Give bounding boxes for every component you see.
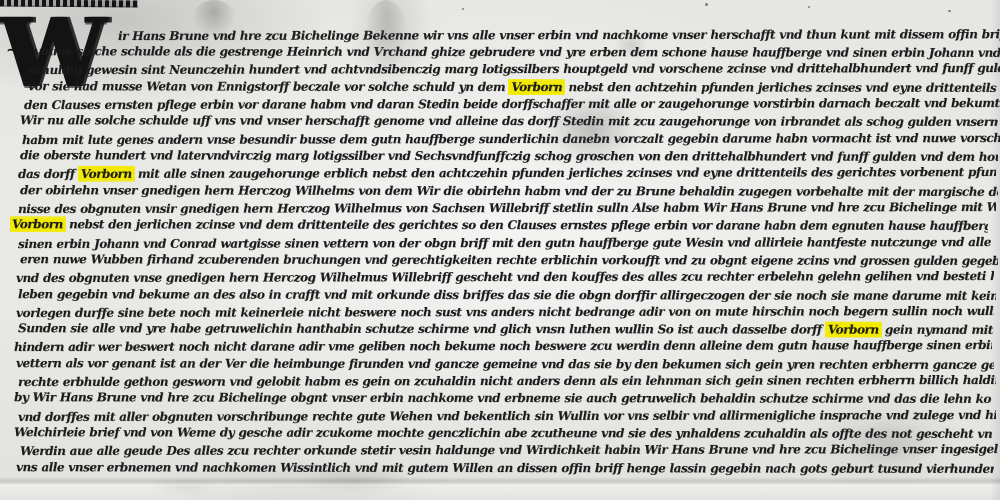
manuscript-line: by Wir Hans Brune vnd hre zcu Bichelinge… (14, 389, 992, 407)
manuscript-text-segment: by Wir Hans Brune vnd hre zcu Bichelinge… (14, 390, 992, 406)
manuscript-text-segment: vnd dorffes mit aller obgnuten vorschrib… (18, 408, 996, 424)
highlighted-word-vorborn: Vorborn (826, 323, 881, 337)
manuscript-line: sinen erbin Johann vnd Conrad wartgisse … (18, 234, 991, 252)
highlighted-word-vorborn: Vorborn (509, 80, 564, 94)
manuscript-line: Wir nu alle solche schulde uff vns vnd v… (20, 112, 998, 130)
manuscript-line: leben gegebin vnd bekume an des also in … (18, 286, 996, 304)
manuscript-line: rechte erbhulde gethon gesworn vnd gelob… (18, 372, 996, 390)
manuscript-line: eren nuwe Wubben firhand zcuberenden bru… (20, 251, 998, 269)
manuscript-line: hindern adir wer beswert noch nicht dara… (14, 337, 992, 355)
manuscript-text-segment: schuldig gewesin sint Neunczehin hundert… (28, 61, 1000, 77)
manuscript-line: vor sie had musse Wetan von Ennigstorff … (28, 78, 1000, 96)
manuscript-line: vettern als vor genant ist an der Ver di… (16, 355, 994, 373)
manuscript-text-segment: vns alle vnser erbnemen vnd nachkomen Wi… (16, 460, 994, 476)
manuscript-line: Welchirleie brief vnd von Weme dy gesche… (14, 424, 992, 442)
manuscript-text-segment: das dorff (18, 167, 79, 181)
manuscript-line: den Clauses ernsten pflege erbin vor dar… (24, 95, 1000, 113)
manuscript-text-segment: vnd des obgnuten vnse gnedigen hern Herc… (16, 269, 994, 285)
manuscript-text-block: ir Hans Brune vnd hre zcu Bichelinge Bek… (0, 0, 1000, 500)
manuscript-text-segment: eren nuwe Wubben firhand zcuberenden bru… (20, 252, 998, 268)
manuscript-text-segment: vor sie had musse Wetan von Ennigstorff … (28, 79, 509, 94)
manuscript-text-segment: hindern adir wer beswert noch nicht dara… (14, 338, 992, 354)
manuscript-text-segment: gein nymand mit gewalt (881, 323, 996, 337)
manuscript-line: vorlegen durffe sine bete noch mit keine… (16, 303, 994, 321)
manuscript-page: W~ ir Hans Brune vnd hre zcu Bichelinge … (0, 0, 1000, 500)
manuscript-text-segment: nebst den achtzehin pfunden jerliches zc… (564, 80, 1000, 95)
manuscript-text-segment: Sunden sie alle vnd yre habe getruwelich… (18, 321, 826, 336)
manuscript-text-segment: Welchirleie brief vnd von Weme dy gesche… (14, 425, 992, 441)
manuscript-text-segment: den Clauses ernsten pflege erbin vor dar… (24, 96, 1000, 112)
manuscript-text-segment: die oberste hundert vnd latervndvirczig … (20, 148, 998, 164)
manuscript-line: Sunden sie alle vnd yre habe getruwelich… (18, 320, 996, 338)
manuscript-text-segment: nisse des obgnuten vnsir gnedigen hern H… (18, 200, 996, 216)
manuscript-line: habm mit lute genes andern vnse besundir… (22, 130, 1000, 148)
manuscript-line: die oberste hundert vnd latervndvirczig … (20, 147, 998, 165)
manuscript-text-segment: rechte erbhulde gethon gesworn vnd gelob… (18, 373, 996, 389)
manuscript-text-segment: vorlegen durffe sine bete noch mit keine… (16, 304, 994, 320)
highlighted-word-vorborn: Vorborn (79, 167, 134, 181)
manuscript-text-segment: nebst den jerlichen zcinse vnd dem dritt… (65, 217, 988, 233)
manuscript-text-segment: Werdin aue alle geude Des alles zcu rech… (20, 442, 998, 458)
right-edge-shadow (990, 0, 1000, 500)
manuscript-text-segment: sinen erbin Johann vnd Conrad wartgisse … (18, 235, 991, 251)
manuscript-text-segment: Wir nu alle solche schulde uff vns vnd v… (20, 113, 998, 129)
manuscript-line: das dorff Vorborn mit alle sinen zaugeho… (18, 164, 996, 182)
manuscript-text-segment: ir Hans Brune vnd hre zcu Bichelinge Bek… (118, 27, 1000, 43)
manuscript-line: Vorborn nebst den jerlichen zcinse vnd d… (10, 216, 988, 234)
manuscript-line: vnd dorffes mit aller obgnuten vorschrib… (18, 407, 996, 425)
manuscript-text-segment: habm mit lute genes andern vnse besundir… (22, 131, 1000, 147)
manuscript-text-segment: leben gegebin vnd bekume an des also in … (18, 287, 996, 303)
bottom-margin (0, 488, 1000, 500)
manuscript-text-segment: vettern als vor genant ist an der Ver di… (16, 356, 994, 372)
manuscript-line: vns alle vnser erbnemen vnd nachkomen Wi… (16, 459, 994, 477)
manuscript-line: vmme solche schulde als die gestrenge He… (34, 43, 1000, 61)
manuscript-line: nisse des obgnuten vnsir gnedigen hern H… (18, 199, 996, 217)
manuscript-line: vnd des obgnuten vnse gnedigen hern Herc… (16, 268, 994, 286)
manuscript-text-segment: der obirlehn vnser gnedigen hern Herczog… (20, 183, 998, 199)
manuscript-line: schuldig gewesin sint Neunczehin hundert… (28, 60, 1000, 78)
manuscript-line: Werdin aue alle geude Des alles zcu rech… (20, 441, 998, 459)
manuscript-line: ir Hans Brune vnd hre zcu Bichelinge Bek… (118, 26, 1000, 44)
manuscript-text-segment: vmme solche schulde als die gestrenge He… (34, 44, 1000, 60)
manuscript-text-segment: mit alle sinen zaugehorunge erblich nebs… (134, 165, 996, 181)
highlighted-word-vorborn: Vorborn (10, 217, 65, 231)
manuscript-line: der obirlehn vnser gnedigen hern Herczog… (20, 182, 998, 200)
